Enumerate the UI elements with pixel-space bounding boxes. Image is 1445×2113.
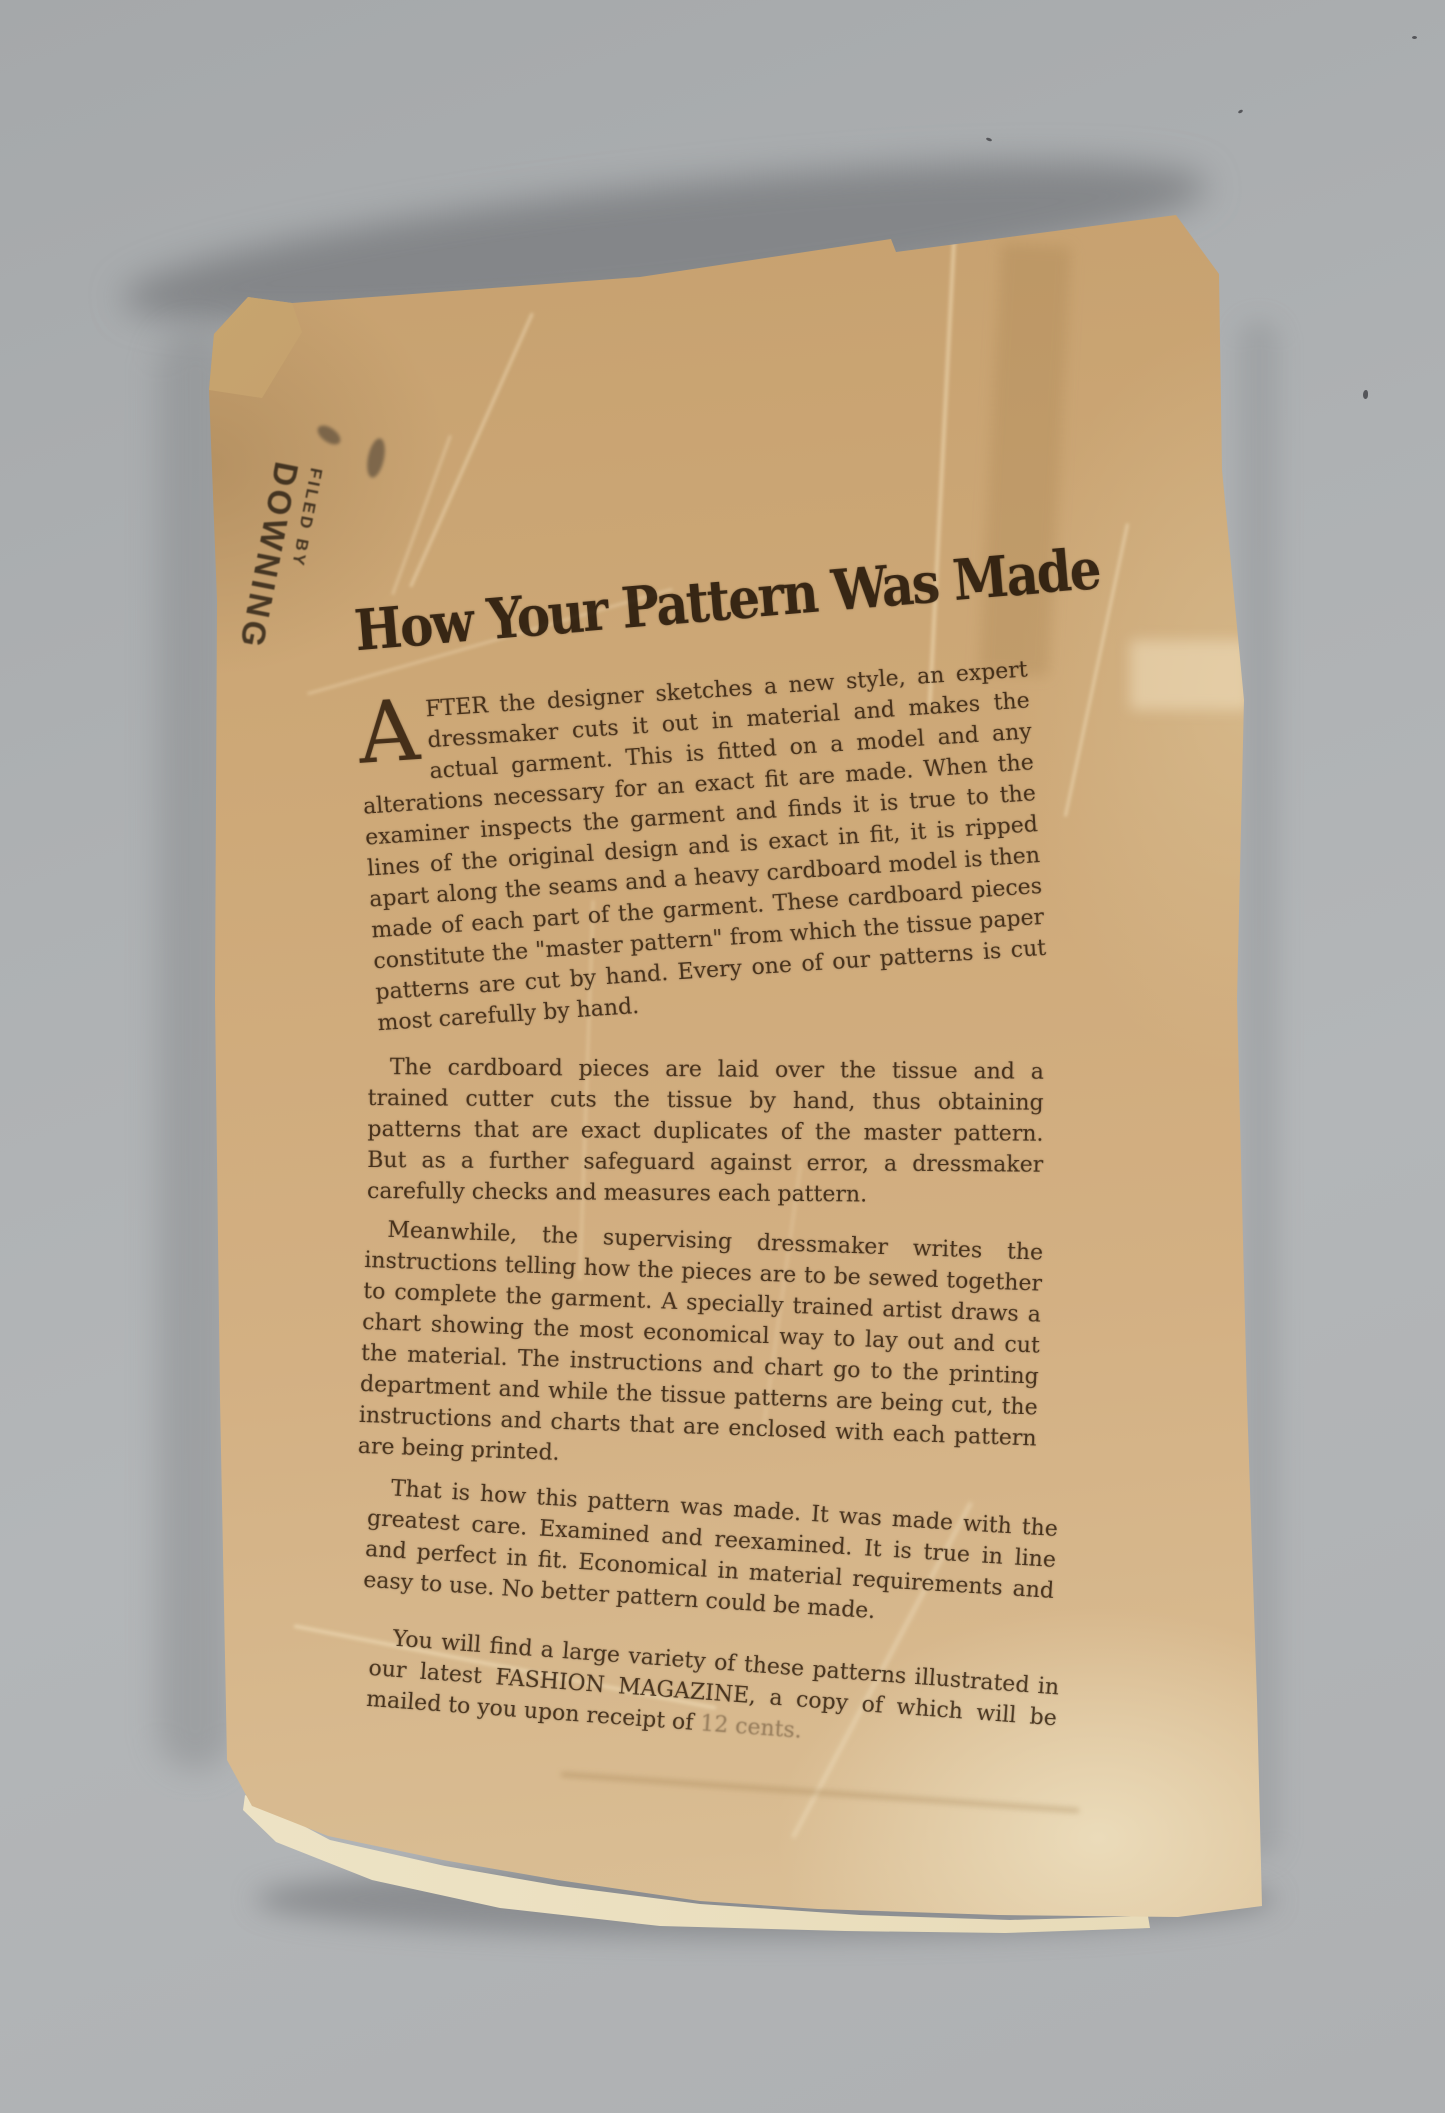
crease-highlight [1130, 640, 1250, 710]
pattern-envelope: FILED BY DOWNING How Your Pattern Was Ma… [0, 0, 1445, 2113]
crease-shadow [560, 1772, 1079, 1813]
crease-shadow [979, 243, 1071, 676]
paragraph-3: Meanwhile, the supervising dressmaker wr… [357, 1214, 1043, 1486]
photo-background: FILED BY DOWNING How Your Pattern Was Ma… [0, 0, 1445, 2113]
crease-line [391, 435, 452, 596]
dust-speck [1363, 390, 1368, 399]
stamp-ink-smudge [364, 437, 388, 479]
ink-stamp: FILED BY DOWNING [232, 459, 326, 658]
stamp-ink-smudge [314, 422, 343, 448]
dust-speck [986, 137, 993, 142]
paragraph-2: The cardboard pieces are laid over the t… [367, 1052, 1044, 1212]
paragraph-5: You will find a large variety of these p… [365, 1622, 1060, 1765]
dust-speck [1412, 36, 1417, 39]
paragraph-4: That is how this pattern was made. It wa… [362, 1472, 1058, 1638]
paragraph-1: AFTER the designer sketches a new style,… [356, 654, 1049, 1039]
crease-line [928, 235, 957, 705]
paragraph-1-text: FTER the designer sketches a new style, … [362, 657, 1047, 1036]
paragraph-5-faded-text: 12 cents. [699, 1711, 802, 1743]
dust-speck [1238, 109, 1244, 114]
drop-cap: A [356, 694, 429, 764]
page-title: How Your Pattern Was Made [352, 536, 1102, 664]
crease-line [409, 312, 534, 587]
